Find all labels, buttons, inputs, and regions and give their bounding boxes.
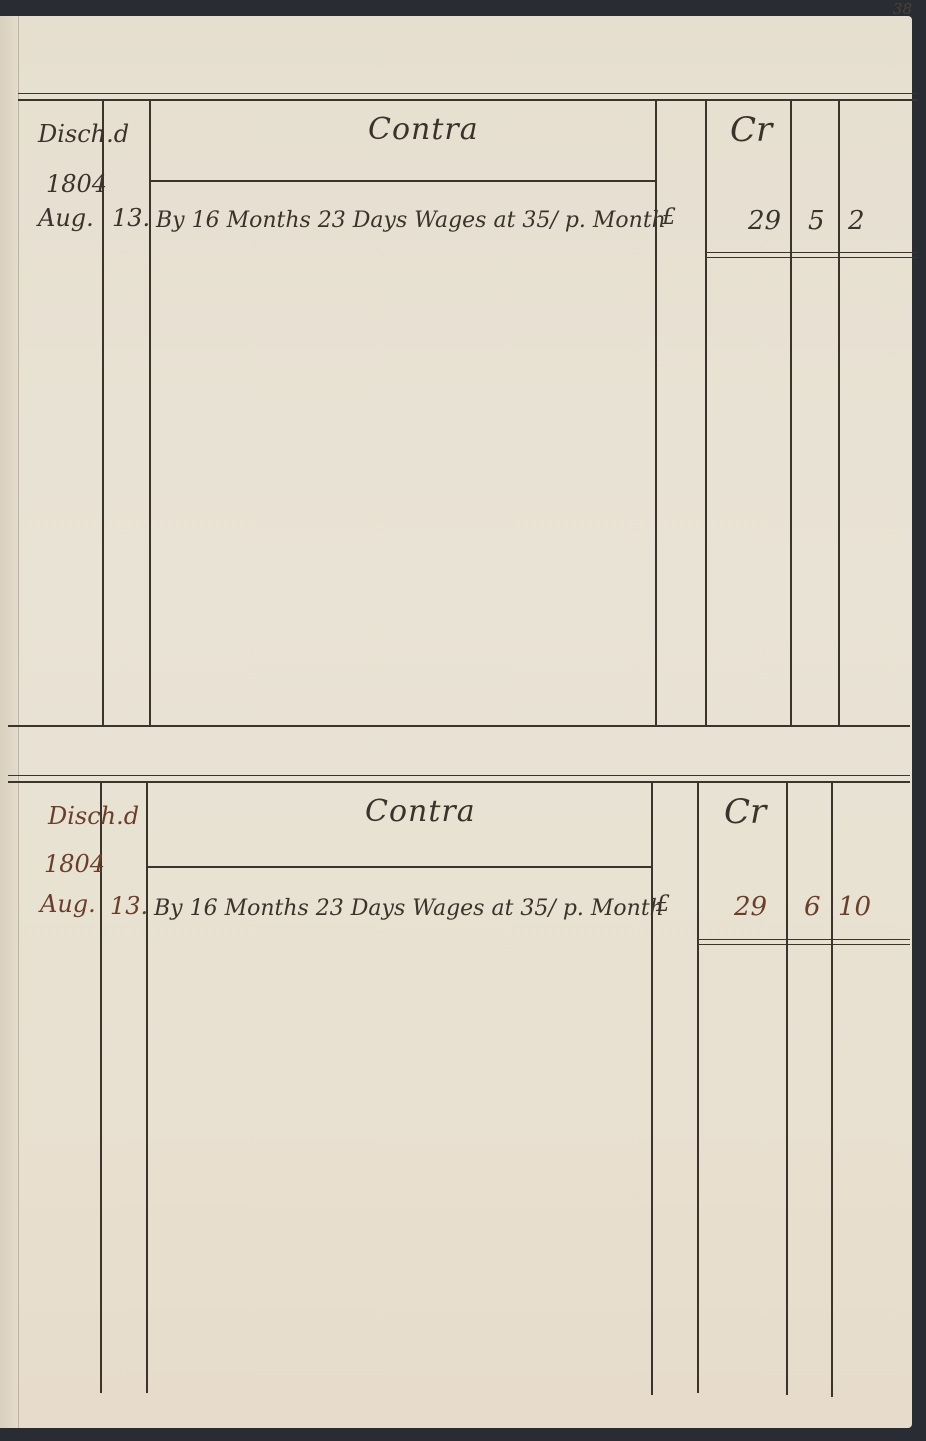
header-contra: Contra (365, 794, 476, 829)
col-rule-pounds (790, 99, 792, 727)
header-disch: Disch.d (38, 120, 129, 148)
entry-year: 1804 (44, 850, 105, 878)
amount-rule-2 (705, 257, 917, 258)
header-cr: Cr (730, 110, 772, 150)
entry-day: 13. (112, 204, 150, 232)
amount-rule-1 (705, 252, 917, 253)
contra-underline (148, 866, 652, 868)
col-rule-folio (705, 99, 707, 727)
top-rule-2 (8, 781, 910, 783)
col-rule-day (149, 99, 151, 725)
col-rule-shillings (831, 781, 833, 1397)
entry-description: By 16 Months 23 Days Wages at 35/ p. Mon… (156, 208, 666, 233)
amount-pence: 2 (848, 206, 865, 236)
currency-mark: £ (656, 892, 670, 917)
amount-pence: 10 (838, 892, 871, 922)
header-disch: Disch.d (48, 802, 139, 830)
entry-day: 13. (110, 892, 148, 920)
col-rule-folio (697, 781, 699, 1393)
header-cr: Cr (724, 792, 766, 832)
top-rule-1 (8, 775, 910, 776)
amount-shillings: 5 (808, 206, 825, 236)
entry-year: 1804 (46, 170, 107, 198)
amount-pounds: 29 (734, 892, 767, 922)
amount-rule-2 (698, 944, 910, 945)
header-contra: Contra (368, 112, 479, 147)
contra-underline (150, 180, 656, 182)
col-rule-shillings (838, 99, 840, 727)
page-gutter (0, 16, 19, 1428)
bottom-rule (8, 725, 910, 727)
amount-shillings: 6 (804, 892, 821, 922)
top-rule-1 (18, 93, 918, 94)
entry-month: Aug. (38, 204, 94, 232)
entry-description: By 16 Months 23 Days Wages at 35/ p. Mon… (154, 896, 664, 921)
currency-mark: £ (662, 205, 676, 230)
col-rule-desc (655, 99, 657, 727)
amount-pounds: 29 (748, 206, 781, 236)
col-rule-day (146, 781, 148, 1393)
amount-rule-1 (698, 939, 910, 940)
top-rule-2 (18, 99, 918, 101)
entry-month: Aug. (40, 890, 96, 918)
col-rule-desc (651, 781, 653, 1395)
page-number: 38 (893, 0, 912, 18)
col-rule-pounds (786, 781, 788, 1395)
